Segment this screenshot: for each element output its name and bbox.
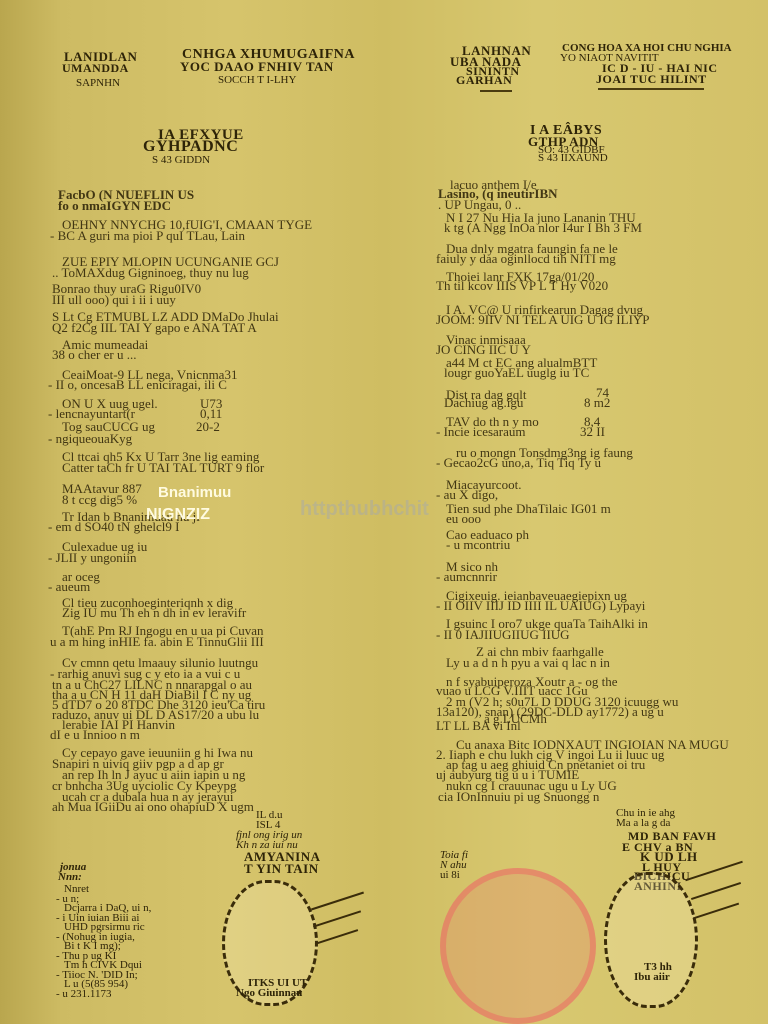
watermark-overlay: NIGNZIZ (146, 506, 210, 524)
signature-stroke (311, 892, 364, 911)
right-para-2: - II OIIV IIIJ ID IIII IL UAIUG) Lypayi (436, 599, 645, 612)
left-list-sub: 8 t ccg dig5 % (62, 493, 137, 506)
header-underline (598, 88, 704, 90)
right-list-sub: - u mcontriu (446, 538, 510, 551)
signature-stroke (693, 903, 739, 920)
header-underline (480, 90, 512, 92)
right-list-sub: Dachiug ag.igu (444, 396, 523, 409)
left-title-3: S 43 GIDDN (152, 155, 210, 166)
official-seal-stamp (604, 872, 698, 1008)
right-list-sub-value: 32 II (580, 425, 605, 438)
right-list-sub: lougr guoYaEL uuglg iu TC (444, 366, 589, 379)
right-header-nation-4: JOAI TUC HILINT (596, 73, 707, 85)
left-signer-name: Ngo Giuinnau (236, 988, 302, 999)
right-list-sub: eu ooo (446, 512, 481, 525)
right-title-4: S 43 IIXAUND (538, 153, 608, 164)
left-list-sub: - JLII y ungoniin (48, 551, 136, 564)
right-para-2: Ly u a d n h pyu a vai q lac n in (446, 656, 610, 669)
right-list-sub: - aumcnnrir (436, 570, 497, 583)
right-list-sub-value: 8 m2 (584, 396, 610, 409)
left-header-agency-2: UMANDDA (62, 62, 129, 74)
right-para: faiuly y daa oginllocd tih NITI mg (436, 252, 616, 265)
right-list-sub: - au X digo, (436, 488, 498, 501)
left-list-sub: - II o, oncesaB LL eniciragai, ili C (48, 378, 227, 391)
right-page: LANHNAN UBA NADA SININTN GARHAN CONG HOA… (384, 0, 768, 1024)
right-para: k tg (A Ngg InOa nlor I4ur I Bh 3 FM (444, 221, 642, 234)
signature-stroke (691, 882, 741, 900)
recipients-heading: Nnn: (58, 872, 82, 883)
left-para: - BC A guri ma pioi P quI TLau, Lain (50, 229, 245, 242)
left-header-nation-2: YOC DAAO FNHIV TAN (180, 60, 334, 73)
right-para-3: cia IOnInnuiu pi ug Snuongg n (438, 790, 599, 803)
watermark-overlay: Bnanimuu (158, 484, 231, 501)
right-para-2: - II 0 IAJIIUGIIUG IIUG (436, 628, 570, 641)
left-section-heading-2: fo o nmaIGYN EDC (58, 199, 171, 212)
left-list-sub: - aueum (48, 580, 90, 593)
right-list-sub: - Gecao2cG uno,a, Tiq Tiq Ty u (436, 456, 601, 469)
left-list-value: 20-2 (196, 420, 220, 433)
left-para: III ull ooo) qui i ii i uuy (52, 293, 176, 306)
left-para: 38 o cher er u ... (52, 348, 136, 361)
left-header-agency-3: SAPNHN (76, 78, 120, 89)
left-list-sub: - ngiqueouaKyg (48, 432, 132, 445)
left-header-nation-3: SOCCH T I-LHY (218, 75, 296, 86)
right-recipients-heading: ui 8i (440, 870, 460, 881)
left-para: Q2 f2Cg IIL TAI Y gapo e ANA TAT A (52, 321, 257, 334)
left-list-sub: Catter taCh fr U TAI TAL TURT 9 flor (62, 461, 264, 474)
left-para: .. ToMAXdug Gigninoeg, thuy nu lug (52, 266, 249, 279)
left-para-2: u a m hing inHIE fa. abin E TinnuGlii II… (50, 635, 264, 648)
right-list-sub: - Incie icesaraum (436, 425, 526, 438)
signature-stroke (313, 910, 361, 927)
left-para-2: Zig IU mu Th eh n dh in ev leravifr (62, 606, 246, 619)
right-signature-line: Ma a la g da (616, 818, 670, 829)
signature-stroke (315, 929, 358, 945)
right-para-2: LT LL BA vi Inl (436, 719, 521, 732)
right-signer-name: Ibu aiir (634, 972, 670, 983)
left-para-3: ah Mua IGiiDu ai ono ohapiuD X ugm (52, 800, 254, 813)
recipient-item: - u 231.1173 (56, 989, 112, 1000)
red-seal-stamp (440, 868, 596, 1024)
watermark-text: httpthubhchit (300, 498, 429, 521)
left-title-2: GYHPADNC (143, 139, 238, 155)
right-para-2: 13a120), snan) (29DC-DLD ay1772) a ug u (436, 705, 664, 718)
right-para: JOOM: 9IIV NI TEL A UIG U IG ILIYP (436, 313, 650, 326)
left-signer-title: T YIN TAIN (244, 862, 319, 875)
left-para-2: dI e u Innioo n m (50, 728, 140, 741)
right-header-agency-4: GARHAN (456, 74, 512, 86)
right-para: Th til kcov IIIS VP L T Hy V020 (436, 279, 608, 292)
